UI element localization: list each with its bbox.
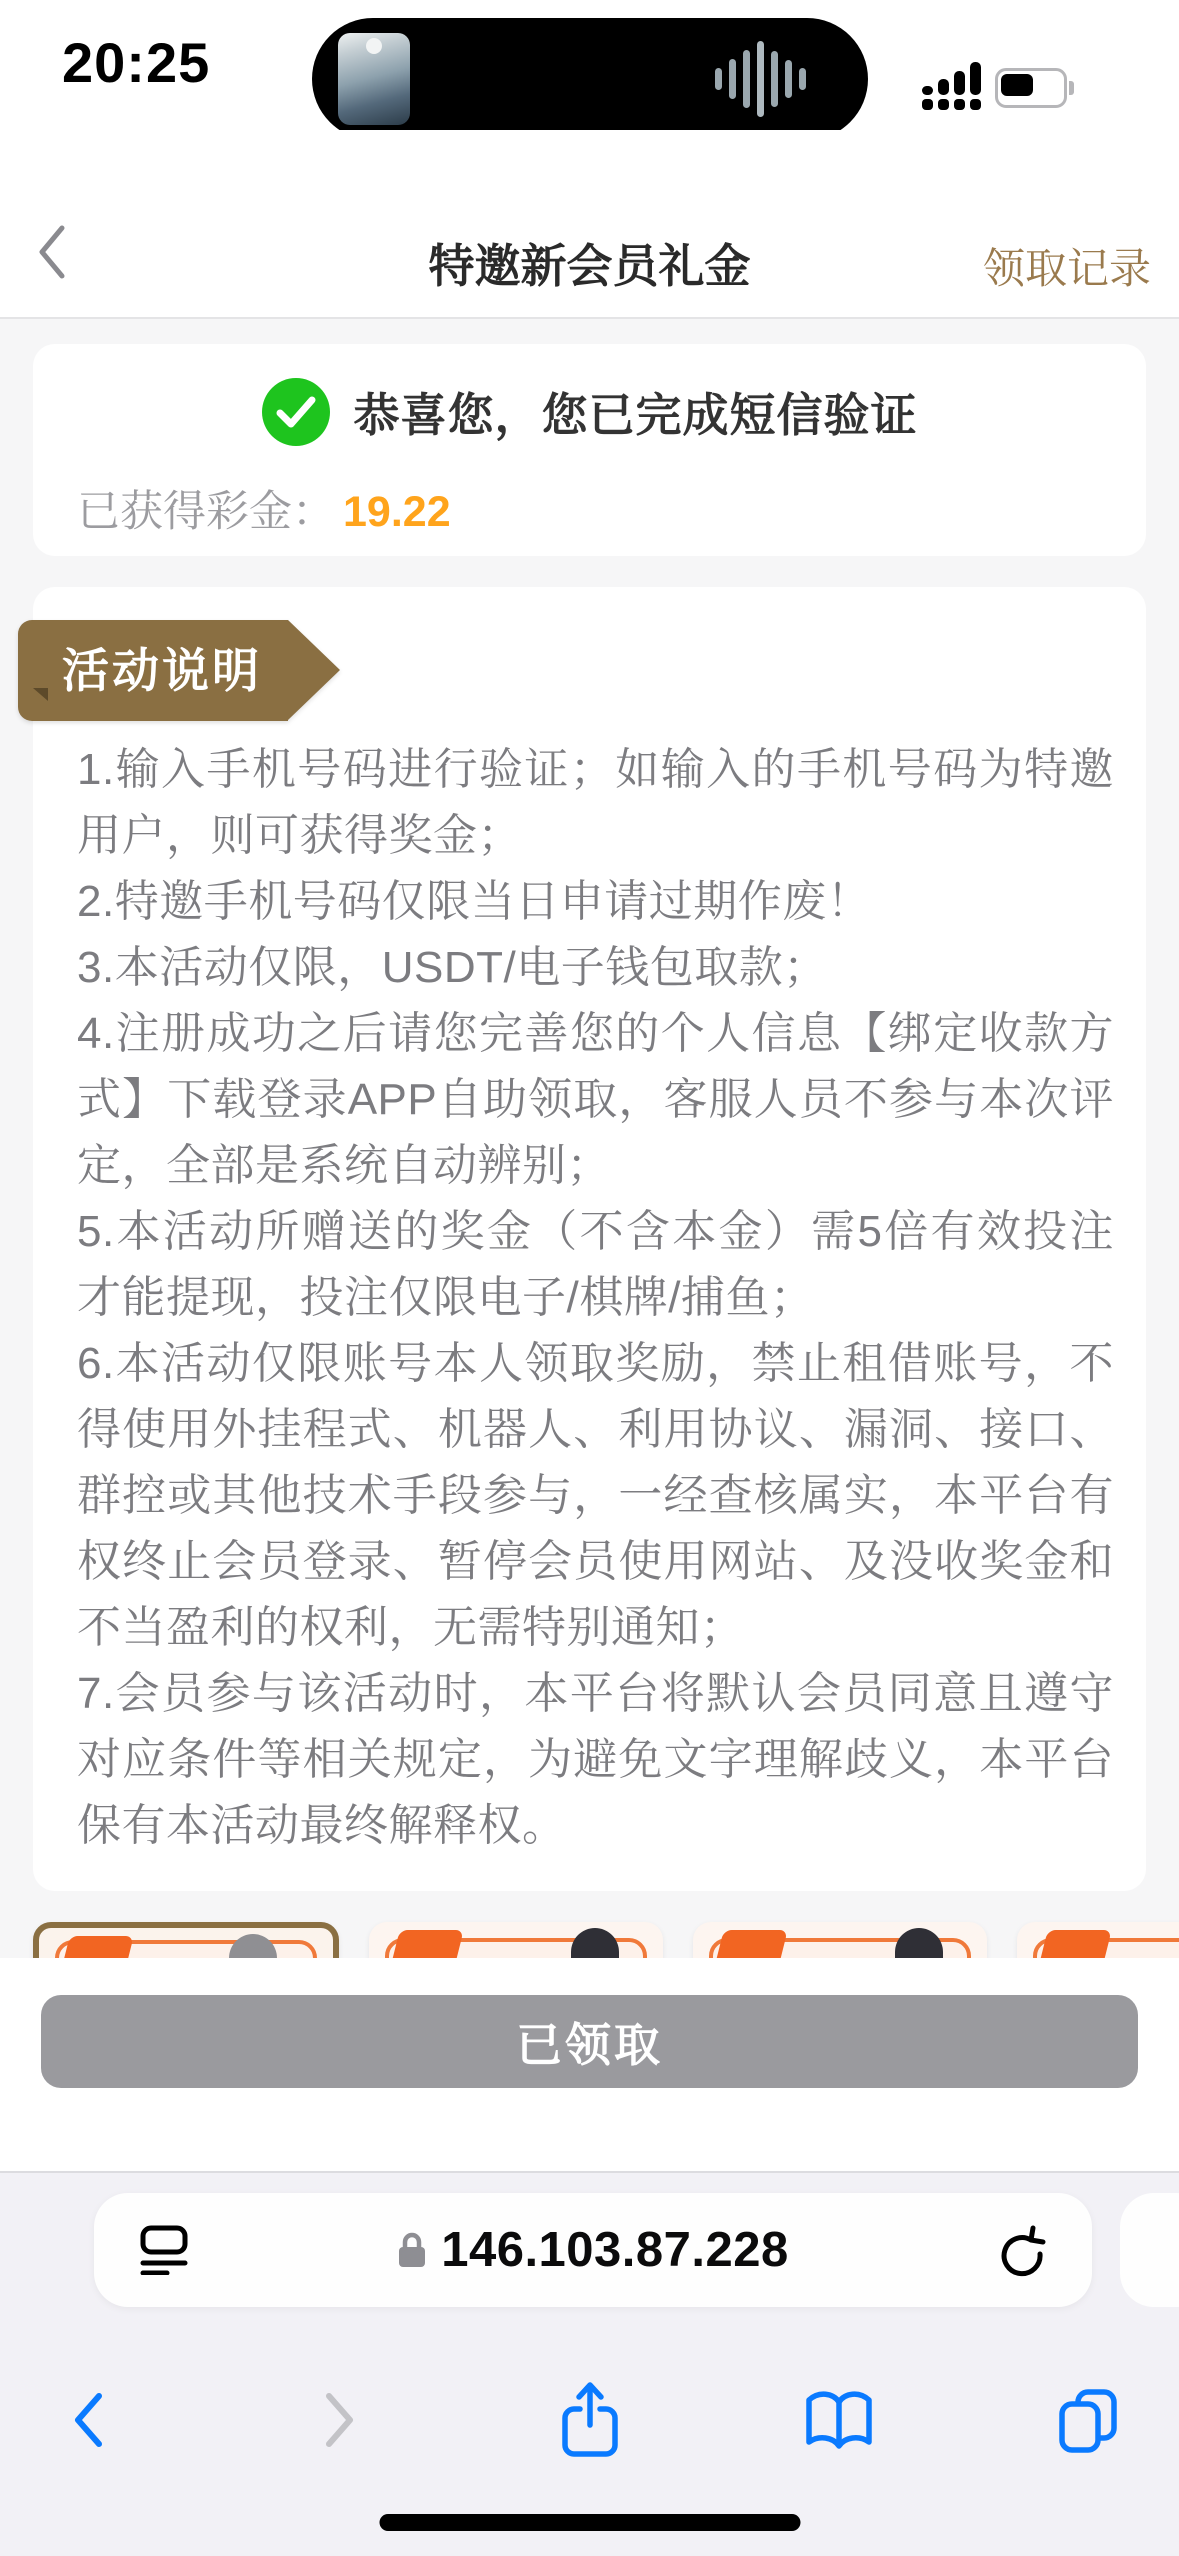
lock-icon: [397, 2231, 427, 2269]
browser-forward-icon[interactable]: [323, 2391, 357, 2449]
verification-message: 恭喜您，您已完成短信验证: [354, 379, 918, 445]
rule-item: 1.输入手机号码进行验证；如输入的手机号码为特邀用户，则可获得奖金；: [77, 737, 1114, 869]
rule-item: 6.本活动仅限账号本人领取奖励，禁止租借账号，不得使用外挂程式、机器人、利用协议…: [77, 1331, 1114, 1661]
rule-item: 5.本活动所赠送的奖金（不含本金）需5倍有效投注才能提现，投注仅限电子/棋牌/捕…: [77, 1199, 1114, 1331]
ribbon-fold-shape: [33, 688, 48, 701]
claim-history-link[interactable]: 领取记录: [983, 236, 1151, 296]
bottom-action-sheet: 已领取: [0, 1958, 1179, 2171]
rules-ribbon: 活动说明: [18, 620, 340, 721]
url-group: 146.103.87.228: [94, 2193, 1092, 2307]
rule-item: 4.注册成功之后请您完善您的个人信息【绑定收款方式】下载登录APP自助领取，客服…: [77, 1001, 1114, 1199]
bonus-value: 19.22: [343, 488, 451, 536]
check-circle-icon: [262, 378, 330, 446]
share-icon[interactable]: [557, 2380, 623, 2460]
nav-bar: 特邀新会员礼金 领取记录: [0, 130, 1179, 319]
next-tab-peek[interactable]: [1120, 2193, 1179, 2307]
safari-chrome: 146.103.87.228: [0, 2171, 1179, 2556]
url-text: 146.103.87.228: [441, 2222, 789, 2278]
bonus-label: 已获得彩金：: [77, 488, 335, 536]
home-indicator[interactable]: [379, 2514, 800, 2531]
browser-toolbar: [0, 2355, 1179, 2485]
status-bar: 20:25: [0, 0, 1179, 130]
status-time: 20:25: [62, 30, 210, 95]
claimed-button[interactable]: 已领取: [41, 1995, 1138, 2088]
bonus-line: 已获得彩金：19.22: [77, 478, 451, 539]
iphone-screen: 20:25 特邀新会员礼金 领取记录: [0, 0, 1179, 2556]
rule-item: 2.特邀手机号码仅限当日申请过期作废！: [77, 869, 1114, 935]
rules-text: 1.输入手机号码进行验证；如输入的手机号码为特邀用户，则可获得奖金； 2.特邀手…: [77, 737, 1114, 1859]
rules-card: 活动说明 1.输入手机号码进行验证；如输入的手机号码为特邀用户，则可获得奖金； …: [33, 587, 1146, 1891]
tabs-icon[interactable]: [1055, 2387, 1121, 2453]
dynamic-island[interactable]: [312, 18, 868, 140]
verification-card: 恭喜您，您已完成短信验证 已获得彩金：19.22: [33, 344, 1146, 556]
rules-ribbon-label: 活动说明: [18, 620, 288, 721]
now-playing-artwork: [338, 33, 410, 125]
ribbon-arrow-shape: [288, 620, 340, 720]
rule-item: 3.本活动仅限，USDT/电子钱包取款；: [77, 935, 1114, 1001]
browser-back-icon[interactable]: [71, 2391, 105, 2449]
verification-row: 恭喜您，您已完成短信验证: [33, 378, 1146, 446]
rule-item: 7.会员参与该活动时，本平台将默认会员同意且遵守对应条件等相关规定，为避免文字理…: [77, 1661, 1114, 1859]
address-bar[interactable]: 146.103.87.228: [94, 2193, 1092, 2307]
reload-icon[interactable]: [998, 2223, 1046, 2277]
bookmarks-icon[interactable]: [802, 2387, 876, 2453]
battery-icon: [995, 68, 1067, 108]
audio-waveform-icon: [715, 41, 806, 117]
cellular-signal-icon: [922, 62, 981, 110]
